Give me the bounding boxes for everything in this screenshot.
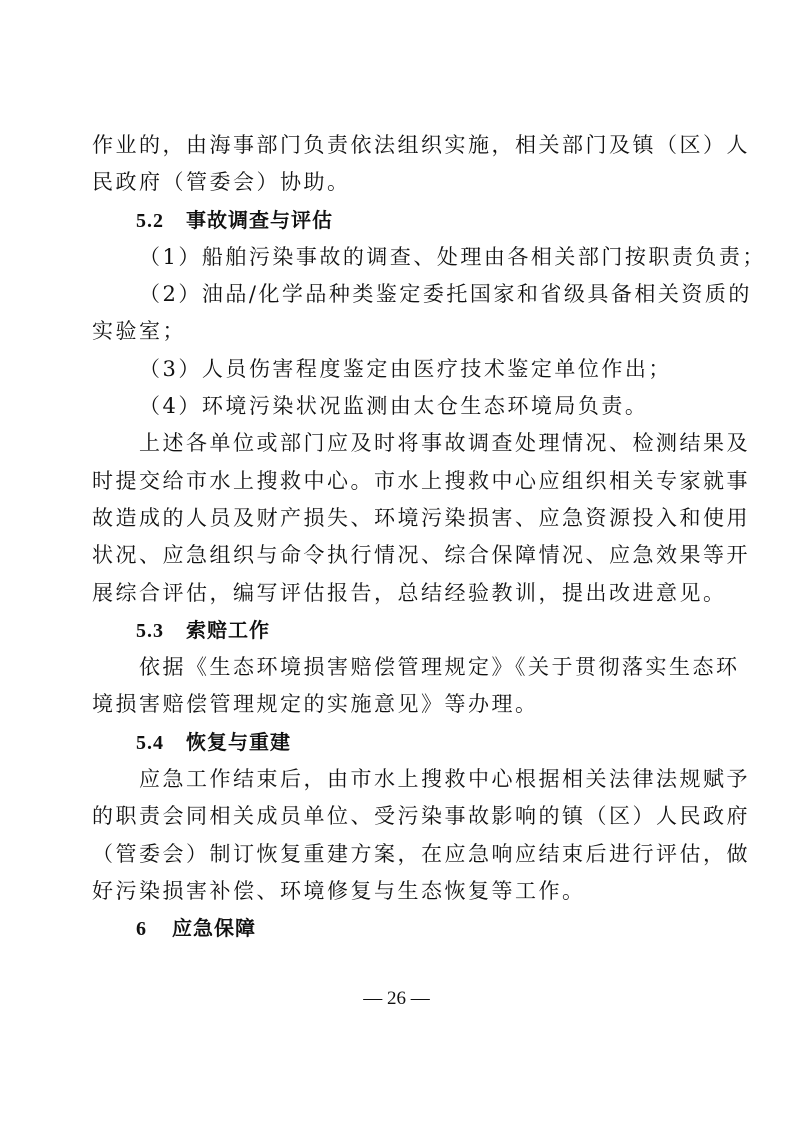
paragraph-line: 好污染损害补偿、环境修复与生态恢复等工作。 <box>92 873 686 910</box>
paragraph-line: 境损害赔偿管理规定的实施意见》等办理。 <box>92 686 686 723</box>
heading-number: 5.4 <box>136 725 186 762</box>
section-heading-5-2: 5.2事故调查与评估 <box>92 202 686 239</box>
heading-title: 事故调查与评估 <box>186 208 333 232</box>
list-item-3: （3）人员伤害程度鉴定由医疗技术鉴定单位作出； <box>92 351 686 388</box>
list-item-2-continuation: 实验室； <box>92 313 686 350</box>
list-item-1: （1）船舶污染事故的调查、处理由各相关部门按职责负责； <box>92 239 686 276</box>
paragraph-line: 展综合评估，编写评估报告，总结经验教训，提出改进意见。 <box>92 575 686 612</box>
chapter-heading-6: 6应急保障 <box>92 910 686 947</box>
paragraph-line: （管委会）制订恢复重建方案，在应急响应结束后进行评估，做 <box>92 836 686 873</box>
section-heading-5-3: 5.3索赔工作 <box>92 612 686 649</box>
paragraph-line: 作业的，由海事部门负责依法组织实施，相关部门及镇（区）人 <box>92 127 686 164</box>
heading-title: 应急保障 <box>172 916 256 940</box>
paragraph-line: 应急工作结束后，由市水上搜救中心根据相关法律法规赋予 <box>92 761 686 798</box>
heading-title: 恢复与重建 <box>186 730 291 754</box>
page-number: — 26 — <box>0 988 793 1010</box>
section-heading-5-4: 5.4恢复与重建 <box>92 724 686 761</box>
heading-number: 5.2 <box>136 203 186 240</box>
paragraph-line: 民政府（管委会）协助。 <box>92 164 686 201</box>
heading-title: 索赔工作 <box>186 618 270 642</box>
heading-number: 6 <box>136 911 172 948</box>
paragraph-line: 时提交给市水上搜救中心。市水上搜救中心应组织相关专家就事 <box>92 463 686 500</box>
heading-number: 5.3 <box>136 613 186 650</box>
paragraph-line: 的职责会同相关成员单位、受污染事故影响的镇（区）人民政府 <box>92 798 686 835</box>
list-item-2: （2）油品/化学品种类鉴定委托国家和省级具备相关资质的 <box>92 276 686 313</box>
paragraph-line: 依据《生态环境损害赔偿管理规定》《关于贯彻落实生态环 <box>92 649 686 686</box>
document-page: 作业的，由海事部门负责依法组织实施，相关部门及镇（区）人 民政府（管委会）协助。… <box>92 127 686 948</box>
paragraph-line: 上述各单位或部门应及时将事故调查处理情况、检测结果及 <box>92 425 686 462</box>
paragraph-line: 故造成的人员及财产损失、环境污染损害、应急资源投入和使用 <box>92 500 686 537</box>
list-item-4: （4）环境污染状况监测由太仓生态环境局负责。 <box>92 388 686 425</box>
paragraph-line: 状况、应急组织与命令执行情况、综合保障情况、应急效果等开 <box>92 537 686 574</box>
